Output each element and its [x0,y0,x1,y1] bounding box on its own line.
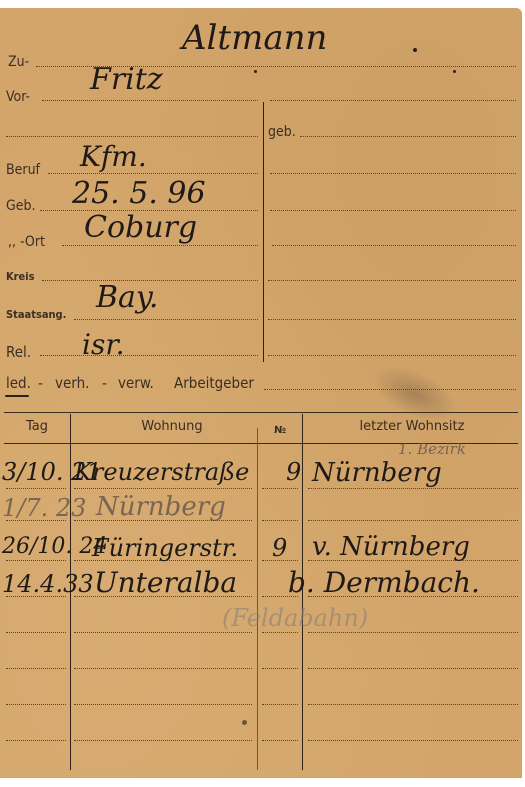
birth-date-value: 25. 5. 96 [72,176,206,211]
citizenship-line [74,319,258,320]
birth-place-line [62,245,258,246]
ink-speck [242,720,247,725]
row4-residence: Unteralba [94,566,237,599]
header-previous-residence: letzter Wohnsitz [304,419,520,434]
marital-option-widowed: verw. [118,374,154,392]
religion-label: Rel. [6,343,31,361]
row3-previous-residence: v. Nürnberg [312,532,470,562]
row1-previous-residence: Nürnberg [312,458,442,488]
right-line-1 [270,100,516,101]
right-line-4 [270,210,516,211]
district-label: Kreis [6,270,35,283]
right-line-6 [268,280,516,281]
right-line-2 [300,136,516,137]
row5-previous-residence: (Feldabahn) [222,604,368,632]
maiden-name-label: geb. [268,124,296,140]
surname-label: Zu- [8,54,29,70]
marital-option-married: verh. [55,374,89,392]
row1-number: 9 [286,458,301,486]
employer-label: Arbeitgeber [174,374,254,392]
row1-residence: Kreuzerstraße [74,458,249,486]
row4-previous-residence: b. Dermbach. [288,566,480,599]
citizenship-value: Bay. [96,280,158,315]
blank-line [6,136,258,137]
given-name-label: Vor- [6,89,30,105]
religion-value: isr. [82,328,125,361]
given-name-line [42,100,258,101]
ink-speck [453,70,456,73]
right-line-3 [270,173,516,174]
row3-residence: Füringerstr. [92,534,238,562]
separator-1: - [38,374,43,392]
right-line-7 [268,319,516,320]
citizenship-label: Staatsang. [6,308,66,321]
ink-speck [254,70,257,73]
birth-place-value: Coburg [84,210,197,245]
column-line-residence [257,428,258,770]
row4-day: 14.4.33 [2,570,94,598]
header-number: № [258,425,302,436]
right-line-5 [272,245,516,246]
header-day: Tag [4,419,70,434]
selected-underline-mark [5,395,29,397]
table-top-border [4,412,518,413]
header-residence: Wohnung [72,419,272,434]
occupation-label: Beruf [6,162,40,178]
occupation-line [48,173,258,174]
ink-speck [413,48,417,52]
column-divider [263,102,264,362]
separator-2: - [102,374,107,392]
religion-line [40,355,258,356]
occupation-value: Kfm. [80,140,147,173]
right-line-8 [268,355,516,356]
row2-residence: Nürnberg [96,492,226,522]
surname-value: Altmann [182,18,327,58]
marital-option-single: led. [6,374,31,392]
birth-date-label: Geb. [6,198,36,214]
birth-place-label: ,, -Ort [8,234,45,250]
row3-number: 9 [272,534,287,562]
row2-day: 1/7. 23 [2,494,86,522]
given-name-value: Fritz [90,62,163,97]
row1-annotation: 1. Bezirk [398,440,466,458]
